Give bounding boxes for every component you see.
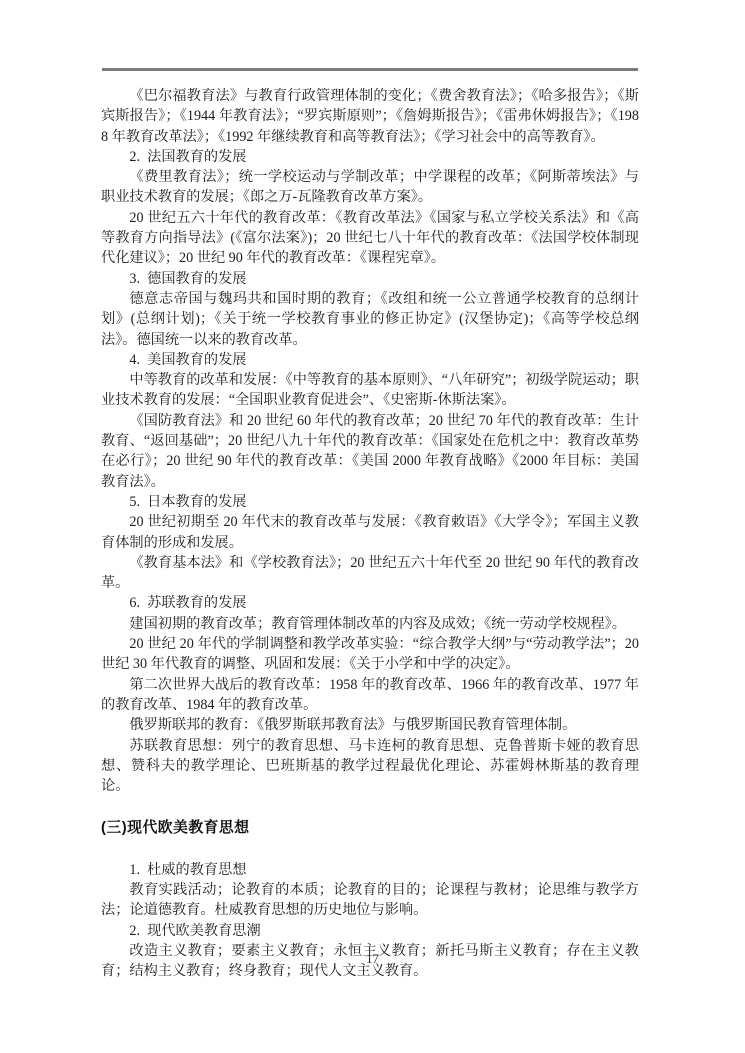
paragraph: 《教育基本法》和《学校教育法》；20 世纪五六十年代至 20 世纪 90 年代的… bbox=[101, 553, 639, 594]
paragraph: 20 世纪初期至 20 年代末的教育改革与发展：《教育敕语》《大学令》；军国主义… bbox=[101, 512, 639, 553]
numbered-item: 4. 美国教育的发展 bbox=[101, 350, 639, 370]
paragraph: 第二次世界大战后的教育改革：1958 年的教育改革、1966 年的教育改革、19… bbox=[101, 675, 639, 716]
paragraph: 中等教育的改革和发展：《中等教育的基本原则》、“八年研究”；初级学院运动；职业技… bbox=[101, 370, 639, 411]
paragraph: 《巴尔福教育法》与教育行政管理体制的变化；《费舍教育法》；《哈多报告》；《斯宾斯… bbox=[101, 86, 639, 147]
paragraph: 俄罗斯联邦的教育：《俄罗斯联邦教育法》与俄罗斯国民教育管理体制。 bbox=[101, 715, 639, 735]
section-heading: (三)现代欧美教育思想 bbox=[101, 818, 639, 838]
header-rule bbox=[102, 68, 638, 71]
paragraph: 教育实践活动；论教育的本质；论教育的目的；论课程与教材；论思维与教学方法；论道德… bbox=[101, 880, 639, 921]
document-page: 《巴尔福教育法》与教育行政管理体制的变化；《费舍教育法》；《哈多报告》；《斯宾斯… bbox=[0, 0, 745, 1053]
paragraph: 德意志帝国与魏玛共和国时期的教育；《改组和统一公立普通学校教育的总纲计划》(总纲… bbox=[101, 289, 639, 350]
numbered-item: 1. 杜威的教育思想 bbox=[101, 860, 639, 880]
paragraph: 苏联教育思想：列宁的教育思想、马卡连柯的教育思想、克鲁普斯卡娅的教育思想、赞科夫… bbox=[101, 736, 639, 797]
paragraph: 建国初期的教育改革；教育管理体制改革的内容及成效；《统一劳动学校规程》。 bbox=[101, 614, 639, 634]
paragraph: 20 世纪五六十年代的教育改革：《教育改革法》《国家与私立学校关系法》和《高等教… bbox=[101, 208, 639, 269]
paragraph: 20 世纪 20 年代的学制调整和教学改革实验：“综合教学大纲”与“劳动教学法”… bbox=[101, 634, 639, 675]
numbered-item: 2. 法国教育的发展 bbox=[101, 147, 639, 167]
numbered-item: 6. 苏联教育的发展 bbox=[101, 593, 639, 613]
page-number: 17 bbox=[0, 952, 745, 967]
paragraph: 《国防教育法》和 20 世纪 60 年代的教育改革；20 世纪 70 年代的教育… bbox=[101, 411, 639, 492]
numbered-item: 5. 日本教育的发展 bbox=[101, 492, 639, 512]
numbered-item: 3. 德国教育的发展 bbox=[101, 269, 639, 289]
paragraph: 《费里教育法》；统一学校运动与学制改革；中学课程的改革；《阿斯蒂埃法》与职业技术… bbox=[101, 167, 639, 208]
document-body: 《巴尔福教育法》与教育行政管理体制的变化；《费舍教育法》；《哈多报告》；《斯宾斯… bbox=[101, 86, 639, 981]
numbered-item: 2. 现代欧美教育思潮 bbox=[101, 921, 639, 941]
